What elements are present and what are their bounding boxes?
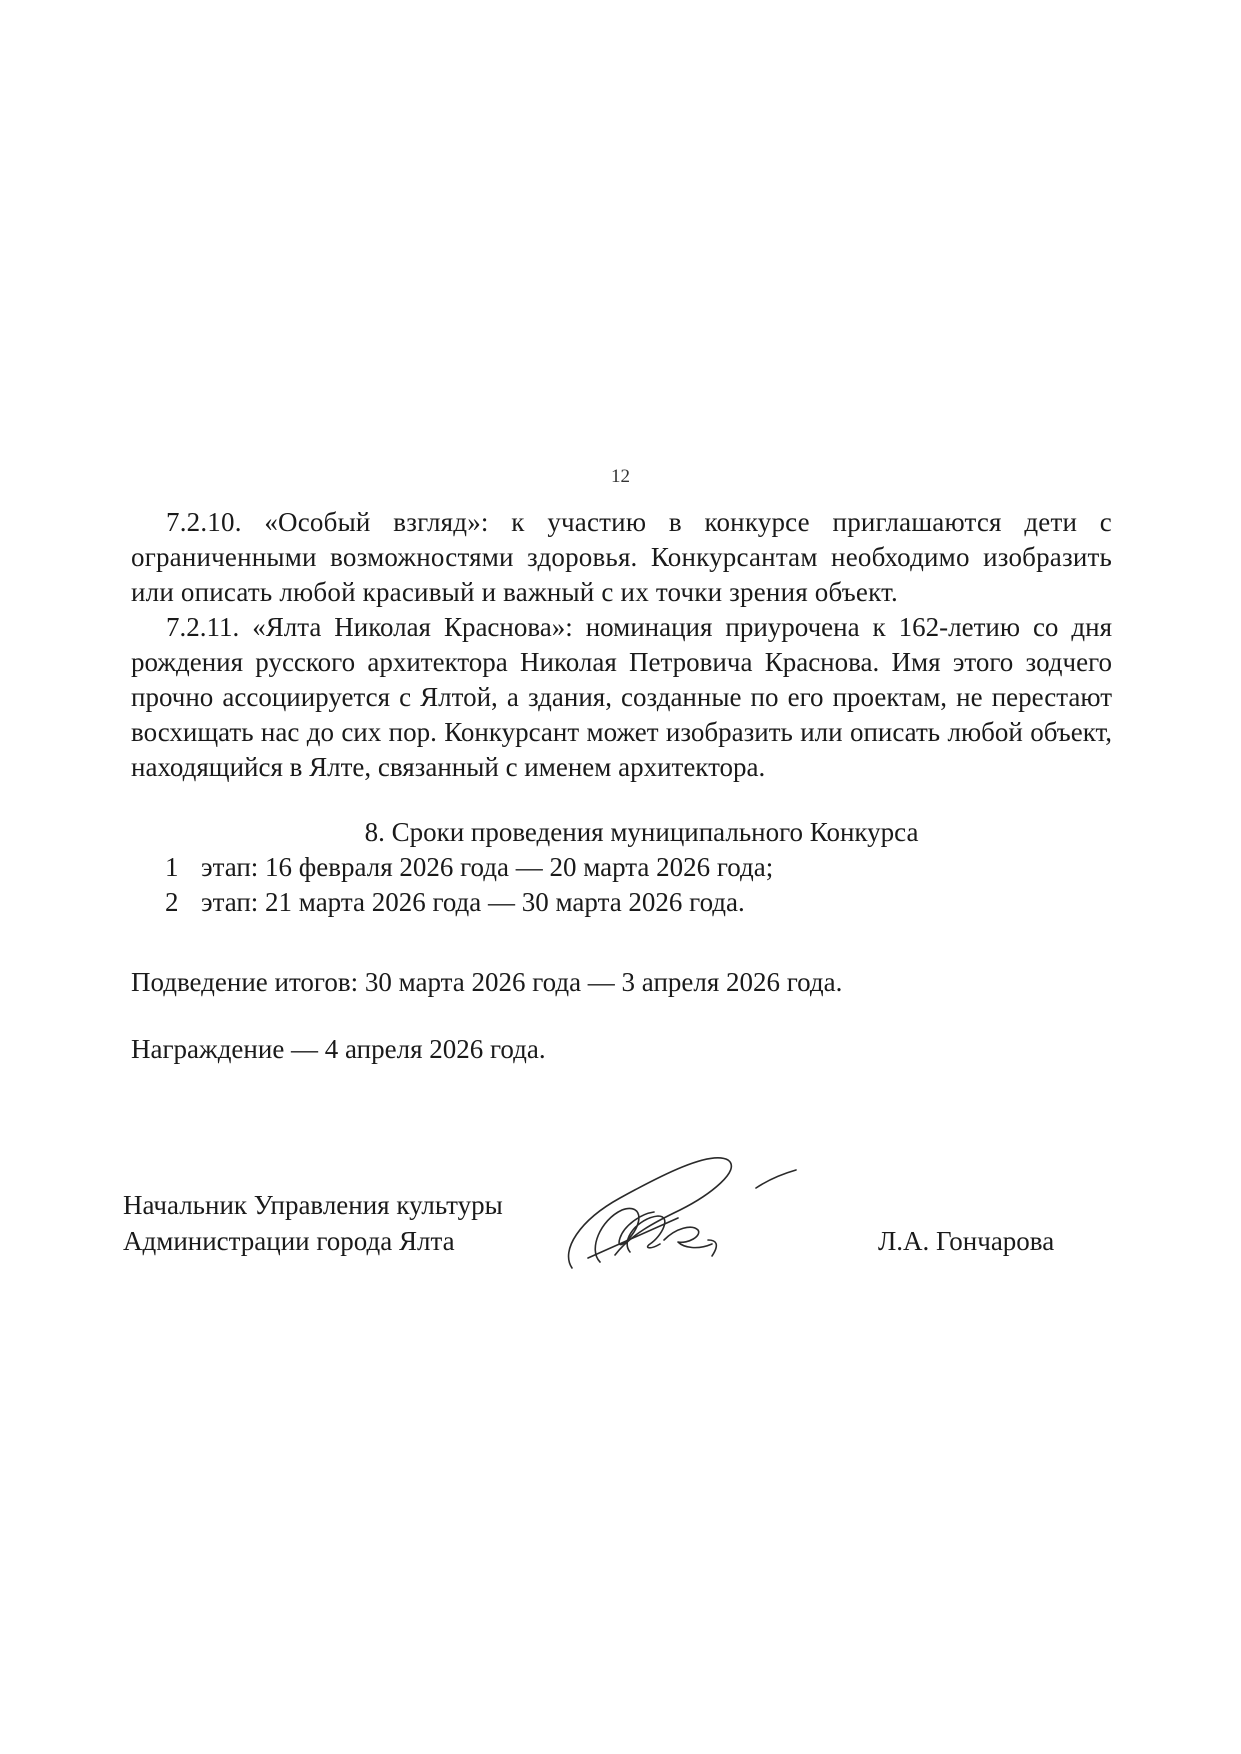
section-8-heading: 8. Сроки проведения муниципального Конку… xyxy=(131,815,1112,850)
stage-text: этап: 16 февраля 2026 года — 20 марта 20… xyxy=(201,852,773,882)
signatory-position: Начальник Управления культуры Администра… xyxy=(123,1187,503,1259)
results-summary: Подведение итогов: 30 марта 2026 года — … xyxy=(131,965,842,1000)
document-body: 7.2.10. «Особый взгляд»: к участию в кон… xyxy=(131,505,1112,920)
award-date: Награждение — 4 апреля 2026 года. xyxy=(131,1032,546,1067)
paragraph-7-2-10: 7.2.10. «Особый взгляд»: к участию в кон… xyxy=(131,505,1112,610)
stage-item: 2этап: 21 марта 2026 года — 30 марта 202… xyxy=(131,885,1112,920)
position-line-1: Начальник Управления культуры xyxy=(123,1187,503,1223)
stage-text: этап: 21 марта 2026 года — 30 марта 2026… xyxy=(201,887,745,917)
stage-number: 2 xyxy=(165,885,201,920)
position-line-2: Администрации города Ялта xyxy=(123,1223,503,1259)
signer-name: Л.А. Гончарова xyxy=(878,1223,1054,1259)
stage-item: 1этап: 16 февраля 2026 года — 20 марта 2… xyxy=(131,850,1112,885)
handwritten-signature-icon xyxy=(560,1140,800,1275)
stage-number: 1 xyxy=(165,850,201,885)
page-number: 12 xyxy=(0,466,1241,488)
paragraph-7-2-11: 7.2.11. «Ялта Николая Краснова»: номинац… xyxy=(131,610,1112,785)
